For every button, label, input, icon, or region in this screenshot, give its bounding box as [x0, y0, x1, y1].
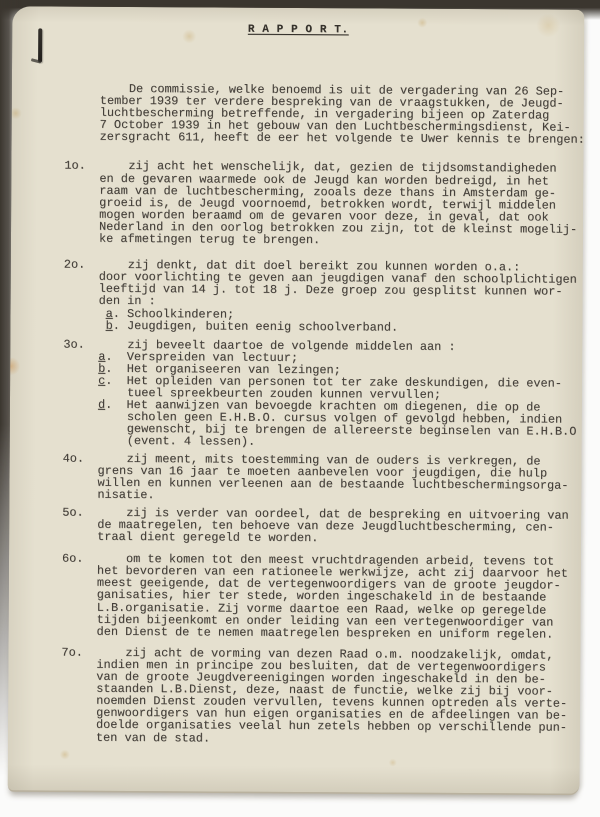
sub-item-letter: d — [98, 398, 105, 412]
item-number: 3o. — [63, 338, 84, 350]
sub-item-letter: b — [106, 318, 113, 332]
item-number: 1o. — [64, 160, 85, 172]
report-item: 3o.zij beveelt daartoe de volgende midde… — [98, 338, 585, 450]
report-item: 4o.zij meent, mits toestemming van de ou… — [97, 452, 583, 503]
text-line: den Dienst de te nemen maatregelen bespr… — [97, 626, 583, 641]
document-body: De commissie, welke benoemd is uit de ve… — [96, 83, 586, 747]
sub-item: b. Jeugdigen, buiten eenig schoolverband… — [98, 319, 584, 334]
report-item: 1o.zij acht het wenschelijk, dat, gezien… — [99, 160, 586, 248]
item-number: 5o. — [62, 506, 83, 518]
text-line: willen en kunnen verleenen aan de bestaa… — [97, 477, 583, 492]
report-item: 6o.om te komen tot den meest vruchtdrage… — [97, 553, 584, 641]
report-item: 2o.zij denkt, dat dit doel bereikt zou k… — [98, 259, 584, 335]
report-item: 7o.zij acht de vorming van dezen Raad o.… — [96, 647, 583, 747]
paper-sheet: R A P P O R T. De commissie, welke benoe… — [8, 6, 585, 793]
text-line: zersgracht 611, heeft de eer het volgend… — [100, 131, 586, 146]
sub-item-letter: c — [98, 374, 105, 388]
text-line: leeftijd van 14 j. tot 18 j. Deze groep … — [99, 283, 585, 298]
item-number: 4o. — [63, 452, 84, 464]
item-number: 2o. — [64, 259, 85, 271]
item-number: 6o. — [62, 553, 83, 565]
intro-paragraph: De commissie, welke benoemd is uit de ve… — [100, 83, 586, 146]
report-title: R A P P O R T. — [12, 22, 584, 37]
report-item: 5o.zij is verder van oordeel, dat de bes… — [97, 507, 583, 546]
item-number: 7o. — [61, 646, 82, 658]
